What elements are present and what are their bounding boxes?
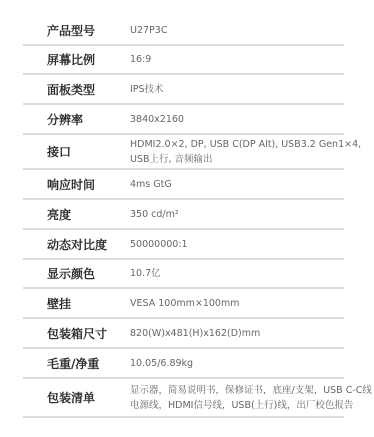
spec-row-package-contents: 包装清单 显示器，简易说明书，保修证书，底座/支架，USB C-C线 电源线，H… xyxy=(23,379,344,418)
spec-label: 包装箱尺寸 xyxy=(23,325,130,342)
spec-row-brightness: 亮度 350 cd/m² xyxy=(23,200,344,230)
spec-label: 显示颜色 xyxy=(23,265,130,282)
spec-table: 产品型号 U27P3C 屏幕比例 16:9 面板类型 IPS技术 分辨率 384… xyxy=(23,16,344,418)
spec-label: 动态对比度 xyxy=(23,236,130,253)
spec-row-ports: 接口 HDMI2.0×2, DP, USB C(DP Alt), USB3.2 … xyxy=(23,135,344,170)
spec-label: 接口 xyxy=(23,143,130,160)
spec-row-aspect-ratio: 屏幕比例 16:9 xyxy=(23,46,344,75)
spec-row-model: 产品型号 U27P3C xyxy=(23,16,344,46)
spec-value: 16:9 xyxy=(130,52,344,67)
spec-row-wall-mount: 壁挂 VESA 100mm×100mm xyxy=(23,289,344,319)
spec-label: 面板类型 xyxy=(23,81,130,98)
spec-value-line: USB上行, 音频输出 xyxy=(130,152,361,167)
spec-value-line: HDMI2.0×2, DP, USB C(DP Alt), USB3.2 Gen… xyxy=(130,137,361,152)
spec-row-response-time: 响应时间 4ms GtG xyxy=(23,170,344,200)
spec-row-weight: 毛重/净重 10.05/6.89kg xyxy=(23,349,344,379)
spec-value: 4ms GtG xyxy=(130,177,344,192)
spec-value: 820(W)x481(H)x162(D)mm xyxy=(130,326,344,341)
spec-value: 10.7亿 xyxy=(130,266,344,281)
spec-row-resolution: 分辨率 3840x2160 xyxy=(23,105,344,135)
spec-value-line: 显示器，简易说明书，保修证书，底座/支架，USB C-C线 xyxy=(130,383,372,398)
spec-value: 3840x2160 xyxy=(130,112,344,127)
spec-label: 亮度 xyxy=(23,206,130,223)
spec-value: 10.05/6.89kg xyxy=(130,356,344,371)
spec-value-line: 电源线，HDMI信号线，USB(上行)线，出厂校色报告 xyxy=(130,398,372,413)
spec-value: 350 cd/m² xyxy=(130,207,344,222)
spec-value: VESA 100mm×100mm xyxy=(130,296,344,311)
spec-label: 产品型号 xyxy=(23,22,130,39)
spec-row-box-dimensions: 包装箱尺寸 820(W)x481(H)x162(D)mm xyxy=(23,319,344,349)
spec-row-panel-type: 面板类型 IPS技术 xyxy=(23,75,344,105)
spec-row-dynamic-contrast: 动态对比度 50000000:1 xyxy=(23,230,344,260)
spec-value: IPS技术 xyxy=(130,82,344,97)
spec-label: 分辨率 xyxy=(23,111,130,128)
spec-value: 50000000:1 xyxy=(130,237,344,252)
spec-label: 壁挂 xyxy=(23,295,130,312)
spec-label: 屏幕比例 xyxy=(23,51,130,68)
spec-label: 响应时间 xyxy=(23,176,130,193)
spec-label: 包装清单 xyxy=(23,389,130,406)
spec-value: HDMI2.0×2, DP, USB C(DP Alt), USB3.2 Gen… xyxy=(130,137,361,167)
spec-label: 毛重/净重 xyxy=(23,355,130,372)
spec-value: U27P3C xyxy=(130,23,344,38)
spec-value: 显示器，简易说明书，保修证书，底座/支架，USB C-C线 电源线，HDMI信号… xyxy=(130,383,372,413)
spec-row-display-colors: 显示颜色 10.7亿 xyxy=(23,260,344,289)
